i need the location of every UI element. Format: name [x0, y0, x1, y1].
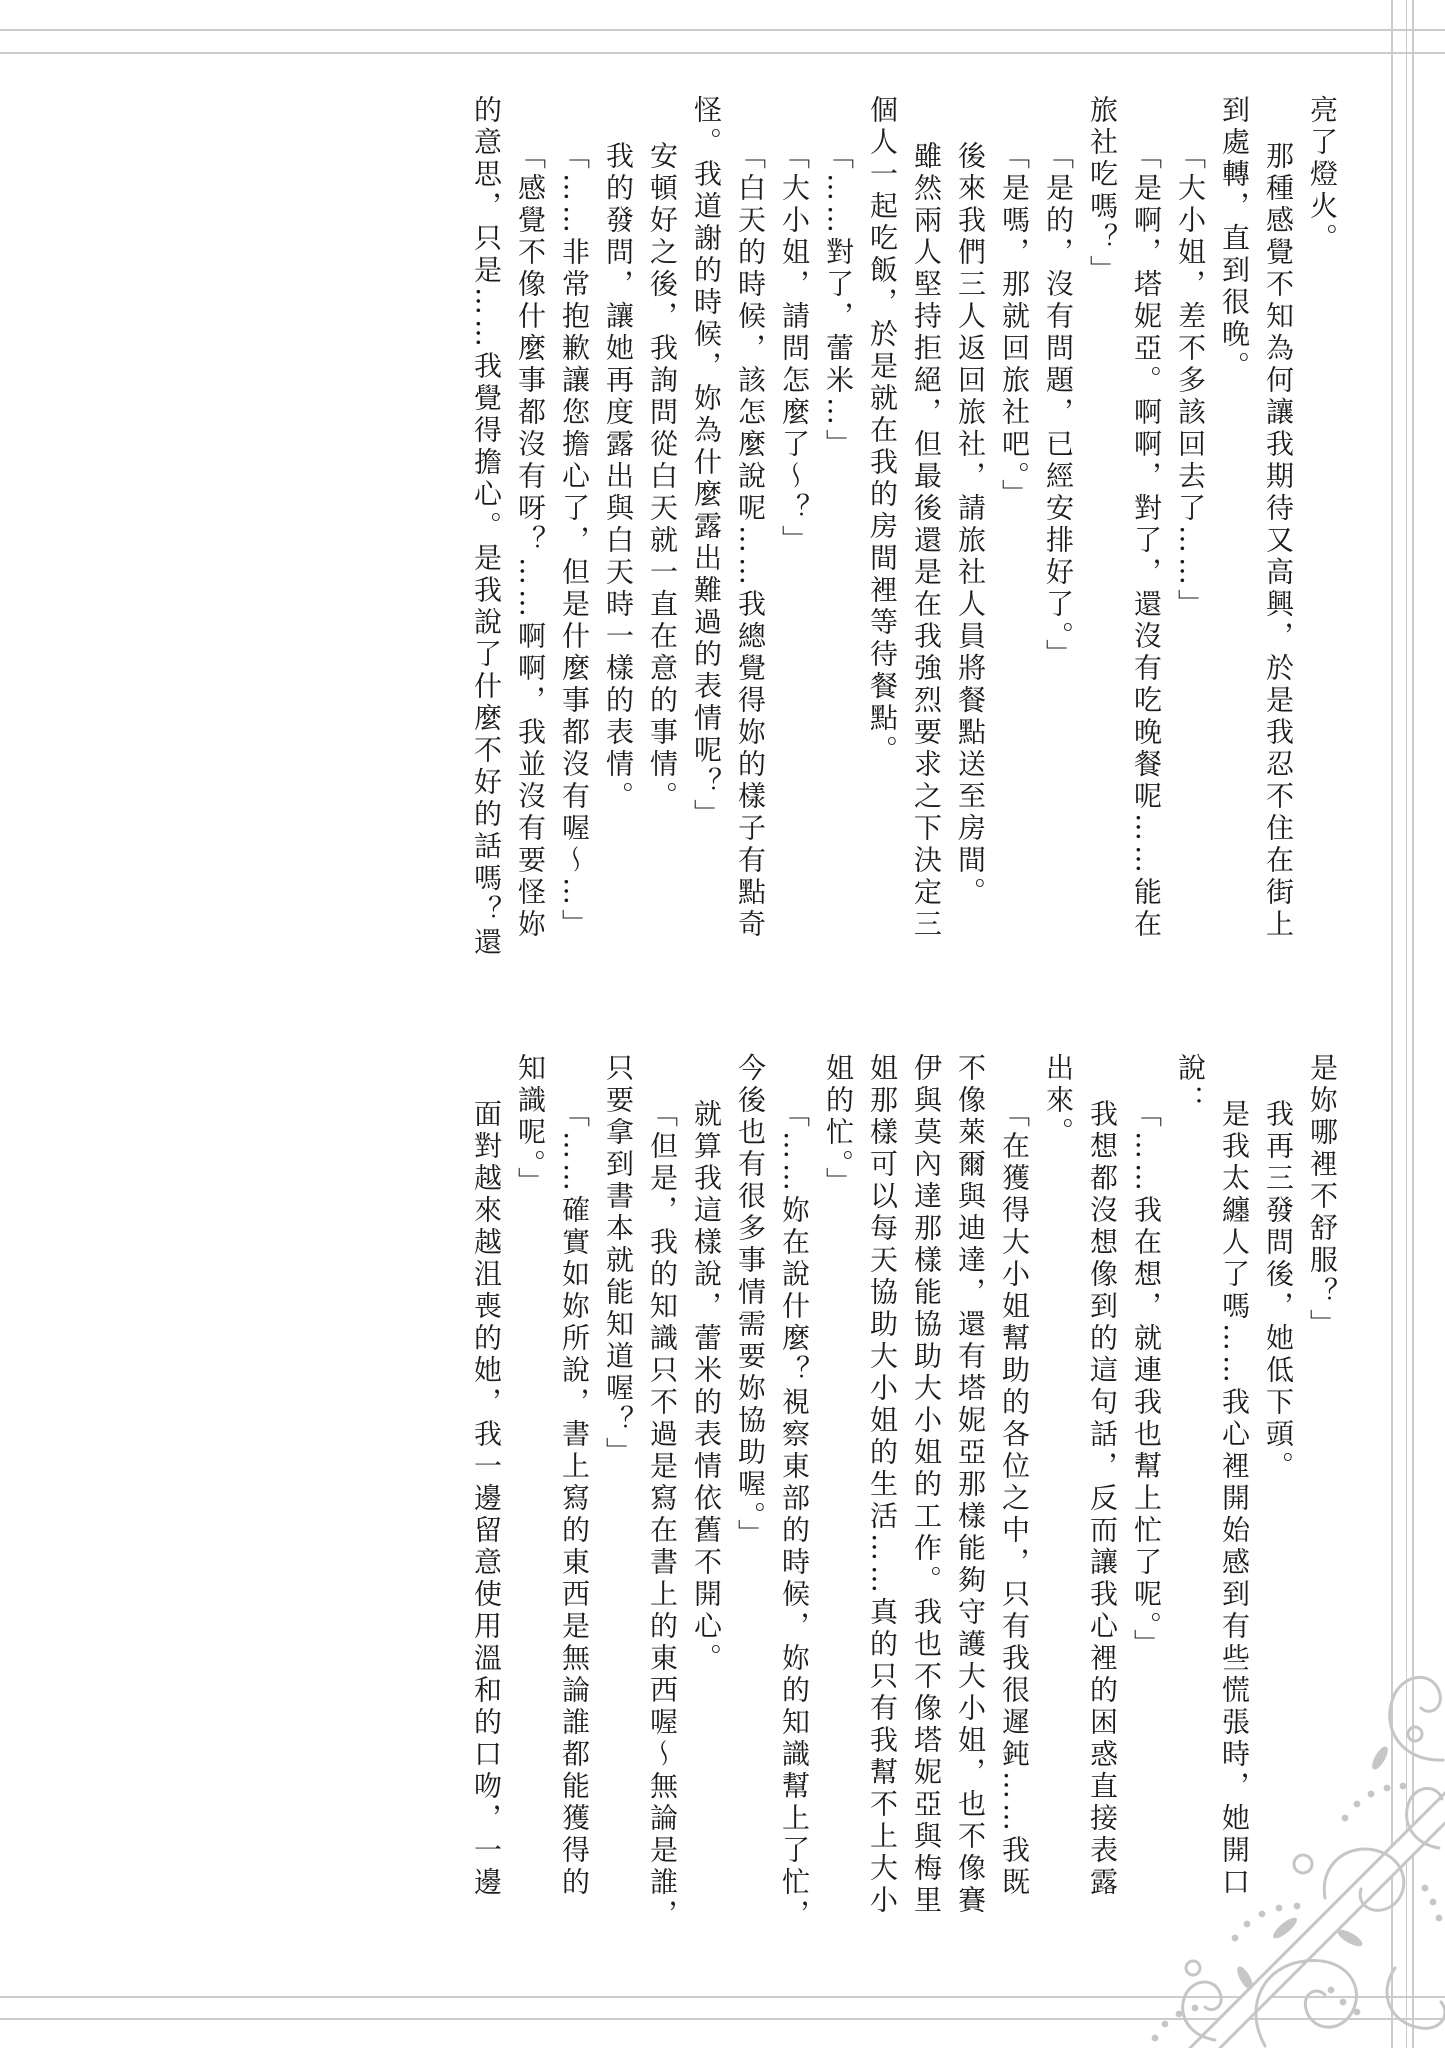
text-column: 姐那樣可以每天協助大小姐的生活……真的只有我幫不上大小: [868, 1053, 896, 1945]
text-column: 只要拿到書本就能知道喔？」: [604, 1053, 632, 1945]
text-column: 的意思，只是……我覺得擔心。是我說了什麼不好的話嗎？還: [472, 95, 500, 987]
text-column: 個人一起吃飯，於是就在我的房間裡等待餐點。: [868, 95, 896, 987]
text-column: 「是嗎，那就回旅社吧。」: [1000, 95, 1028, 987]
text-column: 「但是，我的知識只不過是寫在書上的東西喔～無論是誰，: [648, 1053, 676, 1945]
text-column: 到處轉，直到很晚。: [1220, 95, 1248, 987]
text-column: 「……妳在說什麼？視察東部的時候，妳的知識幫上了忙，: [780, 1053, 808, 1945]
text-column: 面對越來越沮喪的她，我一邊留意使用溫和的口吻，一邊: [472, 1053, 500, 1945]
text-column: 「大小姐，請問怎麼了～？」: [780, 95, 808, 987]
text-column: 伊與莫內達那樣能協助大小姐的工作。我也不像塔妮亞與梅里: [912, 1053, 940, 1945]
text-column: 安頓好之後，我詢問從白天就一直在意的事情。: [648, 95, 676, 987]
text-column: 雖然兩人堅持拒絕，但最後還是在我強烈要求之下決定三: [912, 95, 940, 987]
text-column: 姐的忙。」: [824, 1053, 852, 1945]
text-column: 今後也有很多事情需要妳協助喔。」: [736, 1053, 764, 1945]
ornament-dots: [1152, 1783, 1443, 2042]
text-column: 「是啊，塔妮亞。啊啊，對了，還沒有吃晚餐呢……能在: [1132, 95, 1160, 987]
top-border-line-inner: [0, 52, 1445, 54]
text-column: 知識呢。」: [516, 1053, 544, 1945]
text-column: 「是的，沒有問題，已經安排好了。」: [1044, 95, 1072, 987]
text-column: 就算我這樣說，蕾米的表情依舊不開心。: [692, 1053, 720, 1945]
text-column: 「大小姐，差不多該回去了……」: [1176, 95, 1204, 987]
floral-corner-ornament: [1095, 1638, 1445, 2048]
text-column: 後來我們三人返回旅社，請旅社人員將餐點送至房間。: [956, 95, 984, 987]
text-column: 「白天的時候，該怎麼說呢……我總覺得妳的樣子有點奇: [736, 95, 764, 987]
book-page: { "page": { "background_color": "#ffffff…: [0, 0, 1445, 2048]
text-column: 「……對了，蕾米…」: [824, 95, 852, 987]
text-column: 那種感覺不知為何讓我期待又高興，於是我忍不住在街上: [1264, 95, 1292, 987]
top-border-line-outer: [0, 29, 1445, 31]
text-column: 出來。: [1044, 1053, 1072, 1945]
text-column: 旅社吃嗎？」: [1088, 95, 1116, 987]
text-column: 不像萊爾與迪達，還有塔妮亞那樣能夠守護大小姐，也不像賽: [956, 1053, 984, 1945]
text-column: 「……確實如妳所說，書上寫的東西是無論誰都能獲得的: [560, 1053, 588, 1945]
text-column: 我的發問，讓她再度露出與白天時一樣的表情。: [604, 95, 632, 987]
text-column: 怪。我道謝的時候，妳為什麼露出難過的表情呢？」: [692, 95, 720, 987]
text-column: 「感覺不像什麼事都沒有呀？……啊啊，我並沒有要怪妳: [516, 95, 544, 987]
vertical-text-block-top: 亮了燈火。那種感覺不知為何讓我期待又高興，於是我忍不住在街上到處轉，直到很晚。「…: [152, 95, 1352, 987]
text-column: 「在獲得大小姐幫助的各位之中，只有我很遲鈍……我既: [1000, 1053, 1028, 1945]
text-column: 「……非常抱歉讓您擔心了，但是什麼事都沒有喔～…」: [560, 95, 588, 987]
text-column: 亮了燈火。: [1308, 95, 1336, 987]
